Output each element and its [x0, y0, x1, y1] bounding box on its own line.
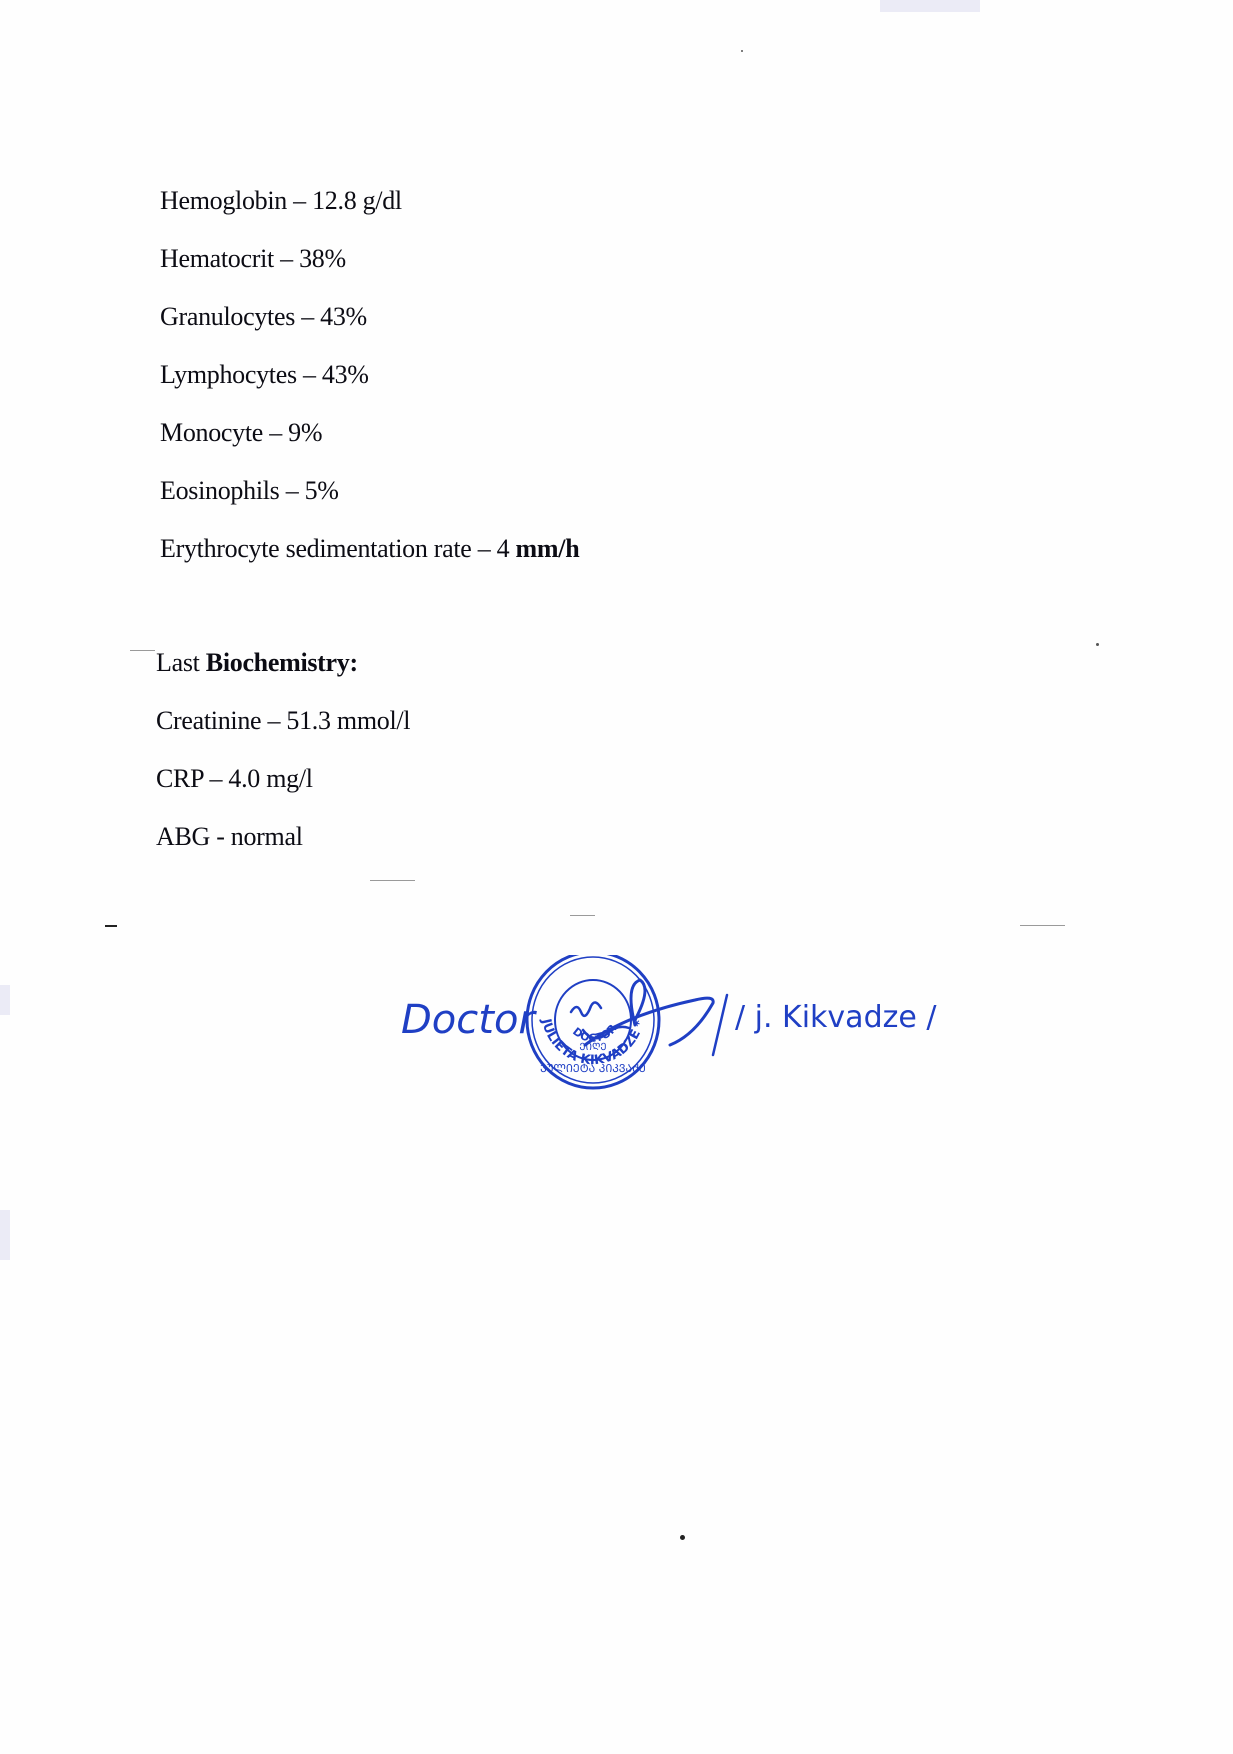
result-value: normal	[231, 822, 303, 851]
result-line: Eosinophils – 5%	[160, 476, 339, 506]
svg-text:ᲯᲣᲚᲘᲔᲢᲐ ᲙᲘᲙᲕᲐᲫᲔ: ᲯᲣᲚᲘᲔᲢᲐ ᲙᲘᲙᲕᲐᲫᲔ	[540, 1062, 646, 1075]
result-line: ABG - normal	[156, 822, 303, 852]
result-line: Creatinine – 51.3 mmol/l	[156, 706, 410, 736]
result-label: Eosinophils –	[160, 476, 305, 505]
result-label: ABG -	[156, 822, 231, 851]
result-label: Lymphocytes –	[160, 360, 322, 389]
signature-stamp-graphic: Doctor JULIETA KIKVADZE * ᲯᲣᲚ	[395, 955, 995, 1115]
scan-dash	[570, 915, 595, 916]
result-line: Granulocytes – 43%	[160, 302, 367, 332]
svg-text:ᲔᲘᲦᲔ: ᲔᲘᲦᲔ	[579, 1042, 606, 1053]
scan-artifact	[0, 985, 10, 1015]
result-value: 5%	[305, 476, 339, 505]
scan-speck	[1096, 643, 1099, 646]
scan-dash	[105, 925, 117, 927]
result-line: Monocyte – 9%	[160, 418, 322, 448]
scan-dash	[1020, 925, 1065, 926]
result-line: CRP – 4.0 mg/l	[156, 764, 313, 794]
result-label: Creatinine –	[156, 706, 286, 735]
signature-block: Doctor JULIETA KIKVADZE * ᲯᲣᲚ	[395, 955, 995, 1115]
result-value: 43%	[322, 360, 369, 389]
result-label: Hematocrit –	[160, 244, 299, 273]
result-value: 38%	[299, 244, 346, 273]
scan-artifact	[880, 0, 980, 12]
scan-speck	[741, 50, 743, 52]
result-line: Erythrocyte sedimentation rate – 4 mm/h	[160, 534, 579, 564]
result-value: 4	[497, 534, 510, 563]
result-label: Hemoglobin –	[160, 186, 312, 215]
result-value: 12.8 g/dl	[312, 186, 402, 215]
scan-artifact	[0, 1210, 10, 1260]
result-line: Hematocrit – 38%	[160, 244, 346, 274]
heading-main: Biochemistry:	[206, 648, 358, 677]
result-unit: mm/h	[509, 534, 579, 563]
result-line: Lymphocytes – 43%	[160, 360, 369, 390]
result-line: Hemoglobin – 12.8 g/dl	[160, 186, 402, 216]
result-value: 43%	[320, 302, 367, 331]
heading-prefix: Last	[156, 648, 200, 677]
result-label: Granulocytes –	[160, 302, 320, 331]
scan-speck	[680, 1535, 685, 1540]
result-label: Monocyte –	[160, 418, 288, 447]
result-value: 51.3 mmol/l	[286, 706, 410, 735]
scan-dash	[130, 650, 155, 651]
biochemistry-heading: Last Biochemistry:	[156, 648, 358, 678]
result-value: 9%	[288, 418, 322, 447]
doctor-stamp: JULIETA KIKVADZE * ᲯᲣᲚᲘᲔᲢᲐ ᲙᲘᲙᲕᲐᲫᲔ DOCTO…	[527, 955, 659, 1088]
scanned-document-page: Hemoglobin – 12.8 g/dlHematocrit – 38%Gr…	[0, 0, 1233, 1754]
handwritten-name: / j. Kikvadze /	[735, 1000, 937, 1035]
result-label: CRP –	[156, 764, 228, 793]
result-label: Erythrocyte sedimentation rate –	[160, 534, 497, 563]
handwritten-doctor: Doctor	[401, 997, 537, 1043]
result-value: 4.0 mg/l	[228, 764, 312, 793]
scan-dash	[370, 880, 415, 881]
